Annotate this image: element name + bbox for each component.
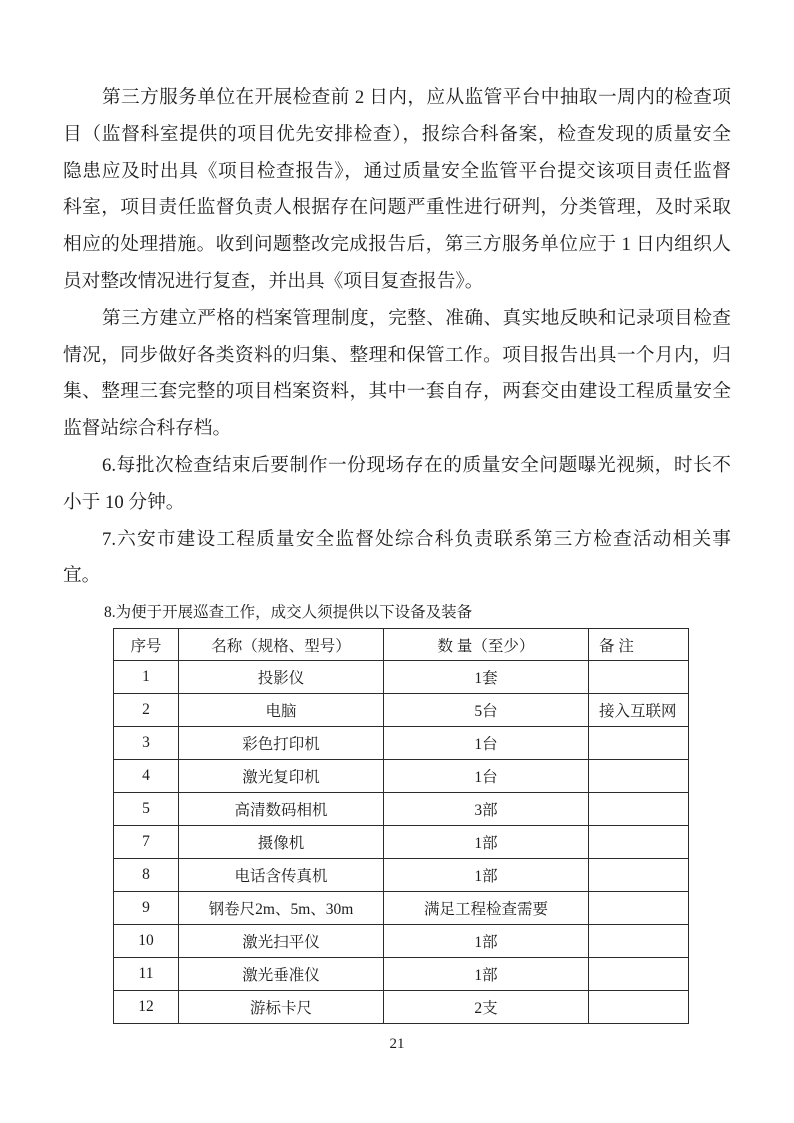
table-cell [589,826,689,859]
table-cell: 1套 [384,661,589,694]
table-cell: 电话含传真机 [179,859,384,892]
table-cell [589,892,689,925]
table-intro-line: 8.为便于开展巡查工作，成交人须提供以下设备及装备 [104,602,472,624]
paragraph: 第三方服务单位在开展检查前 2 日内，应从监管平台中抽取一周内的检查项目（监督科… [63,80,731,301]
table-row: 8电话含传真机1部 [114,859,689,892]
table-cell: 摄像机 [179,826,384,859]
table-cell: 9 [114,892,179,925]
text-line: 第三方建立严格的档案管理制度，完整、准确、真实地反映和记录项目检查 [63,301,731,338]
table-cell: 7 [114,826,179,859]
text-line: 相应的处理措施。收到问题整改完成报告后，第三方服务单位应于 1 日内组织人 [63,227,731,264]
text-line: 科室，项目责任监督负责人根据存在问题严重性进行研判，分类管理，及时采取 [63,190,731,227]
table-cell: 激光垂准仪 [179,958,384,991]
table-header-cell: 序号 [114,629,179,661]
table-cell: 4 [114,760,179,793]
table-cell: 10 [114,925,179,958]
table-cell [589,958,689,991]
table-cell: 满足工程检查需要 [384,892,589,925]
table-cell: 5台 [384,694,589,727]
table-cell: 8 [114,859,179,892]
table-cell: 接入互联网 [589,694,689,727]
table-header-cell: 数 量（至少） [384,629,589,661]
text-line: 监督站综合科存档。 [63,411,731,448]
table-cell: 1部 [384,859,589,892]
table-cell: 投影仪 [179,661,384,694]
table-row: 5高清数码相机3部 [114,793,689,826]
paragraph: 第三方建立严格的档案管理制度，完整、准确、真实地反映和记录项目检查情况，同步做好… [63,301,731,448]
table-cell: 彩色打印机 [179,727,384,760]
table-cell: 3 [114,727,179,760]
table-row: 12游标卡尺2支 [114,991,689,1024]
table-cell: 1部 [384,925,589,958]
table-cell [589,925,689,958]
table-row: 2电脑5台接入互联网 [114,694,689,727]
text-line: 第三方服务单位在开展检查前 2 日内，应从监管平台中抽取一周内的检查项 [63,80,731,117]
table-cell: 电脑 [179,694,384,727]
table-row: 10激光扫平仪1部 [114,925,689,958]
table-cell: 1部 [384,826,589,859]
text-line: 目（监督科室提供的项目优先安排检查），报综合科备案，检查发现的质量安全 [63,117,731,154]
table-cell [589,991,689,1024]
table-header-row: 序号名称（规格、型号）数 量（至少）备 注 [114,629,689,661]
table-cell: 高清数码相机 [179,793,384,826]
table-row: 11激光垂准仪1部 [114,958,689,991]
table-cell: 激光扫平仪 [179,925,384,958]
equipment-table: 序号名称（规格、型号）数 量（至少）备 注 1投影仪1套2电脑5台接入互联网3彩… [113,628,689,1024]
table-cell [589,793,689,826]
text-line: 情况，同步做好各类资料的归集、整理和保管工作。项目报告出具一个月内，归 [63,338,731,375]
table-row: 4激光复印机1台 [114,760,689,793]
table-cell: 2 [114,694,179,727]
paragraph: 6.每批次检查结束后要制作一份现场存在的质量安全问题曝光视频，时长不小于 10 … [63,448,731,522]
table-cell: 激光复印机 [179,760,384,793]
table-header-cell: 名称（规格、型号） [179,629,384,661]
text-line: 6.每批次检查结束后要制作一份现场存在的质量安全问题曝光视频，时长不 [63,448,731,485]
text-line: 隐患应及时出具《项目检查报告》，通过质量安全监管平台提交该项目责任监督 [63,154,731,191]
table-cell [589,727,689,760]
table-cell [589,859,689,892]
table-cell [589,661,689,694]
document-page: 第三方服务单位在开展检查前 2 日内，应从监管平台中抽取一周内的检查项目（监督科… [0,0,794,1123]
table-cell: 1台 [384,727,589,760]
text-line: 7.六安市建设工程质量安全监督处综合科负责联系第三方检查活动相关事 [63,522,731,559]
table-cell: 1 [114,661,179,694]
table-row: 9钢卷尺2m、5m、30m满足工程检查需要 [114,892,689,925]
text-line: 集、整理三套完整的项目档案资料，其中一套自存，两套交由建设工程质量安全 [63,374,731,411]
table-cell: 5 [114,793,179,826]
paragraph: 7.六安市建设工程质量安全监督处综合科负责联系第三方检查活动相关事宜。 [63,522,731,596]
table-row: 7摄像机1部 [114,826,689,859]
table-row: 3彩色打印机1台 [114,727,689,760]
table-cell: 1台 [384,760,589,793]
table-cell [589,760,689,793]
text-line: 小于 10 分钟。 [63,485,731,522]
table-header-cell: 备 注 [589,629,689,661]
table-cell: 游标卡尺 [179,991,384,1024]
table-cell: 1部 [384,958,589,991]
table-cell: 钢卷尺2m、5m、30m [179,892,384,925]
table-row: 1投影仪1套 [114,661,689,694]
table-cell: 2支 [384,991,589,1024]
table-cell: 11 [114,958,179,991]
body-text: 第三方服务单位在开展检查前 2 日内，应从监管平台中抽取一周内的检查项目（监督科… [63,80,731,595]
text-line: 员对整改情况进行复查，并出具《项目复查报告》。 [63,264,731,301]
table-cell: 3部 [384,793,589,826]
page-number: 21 [0,1036,794,1053]
text-line: 宜。 [63,558,731,595]
table-cell: 12 [114,991,179,1024]
